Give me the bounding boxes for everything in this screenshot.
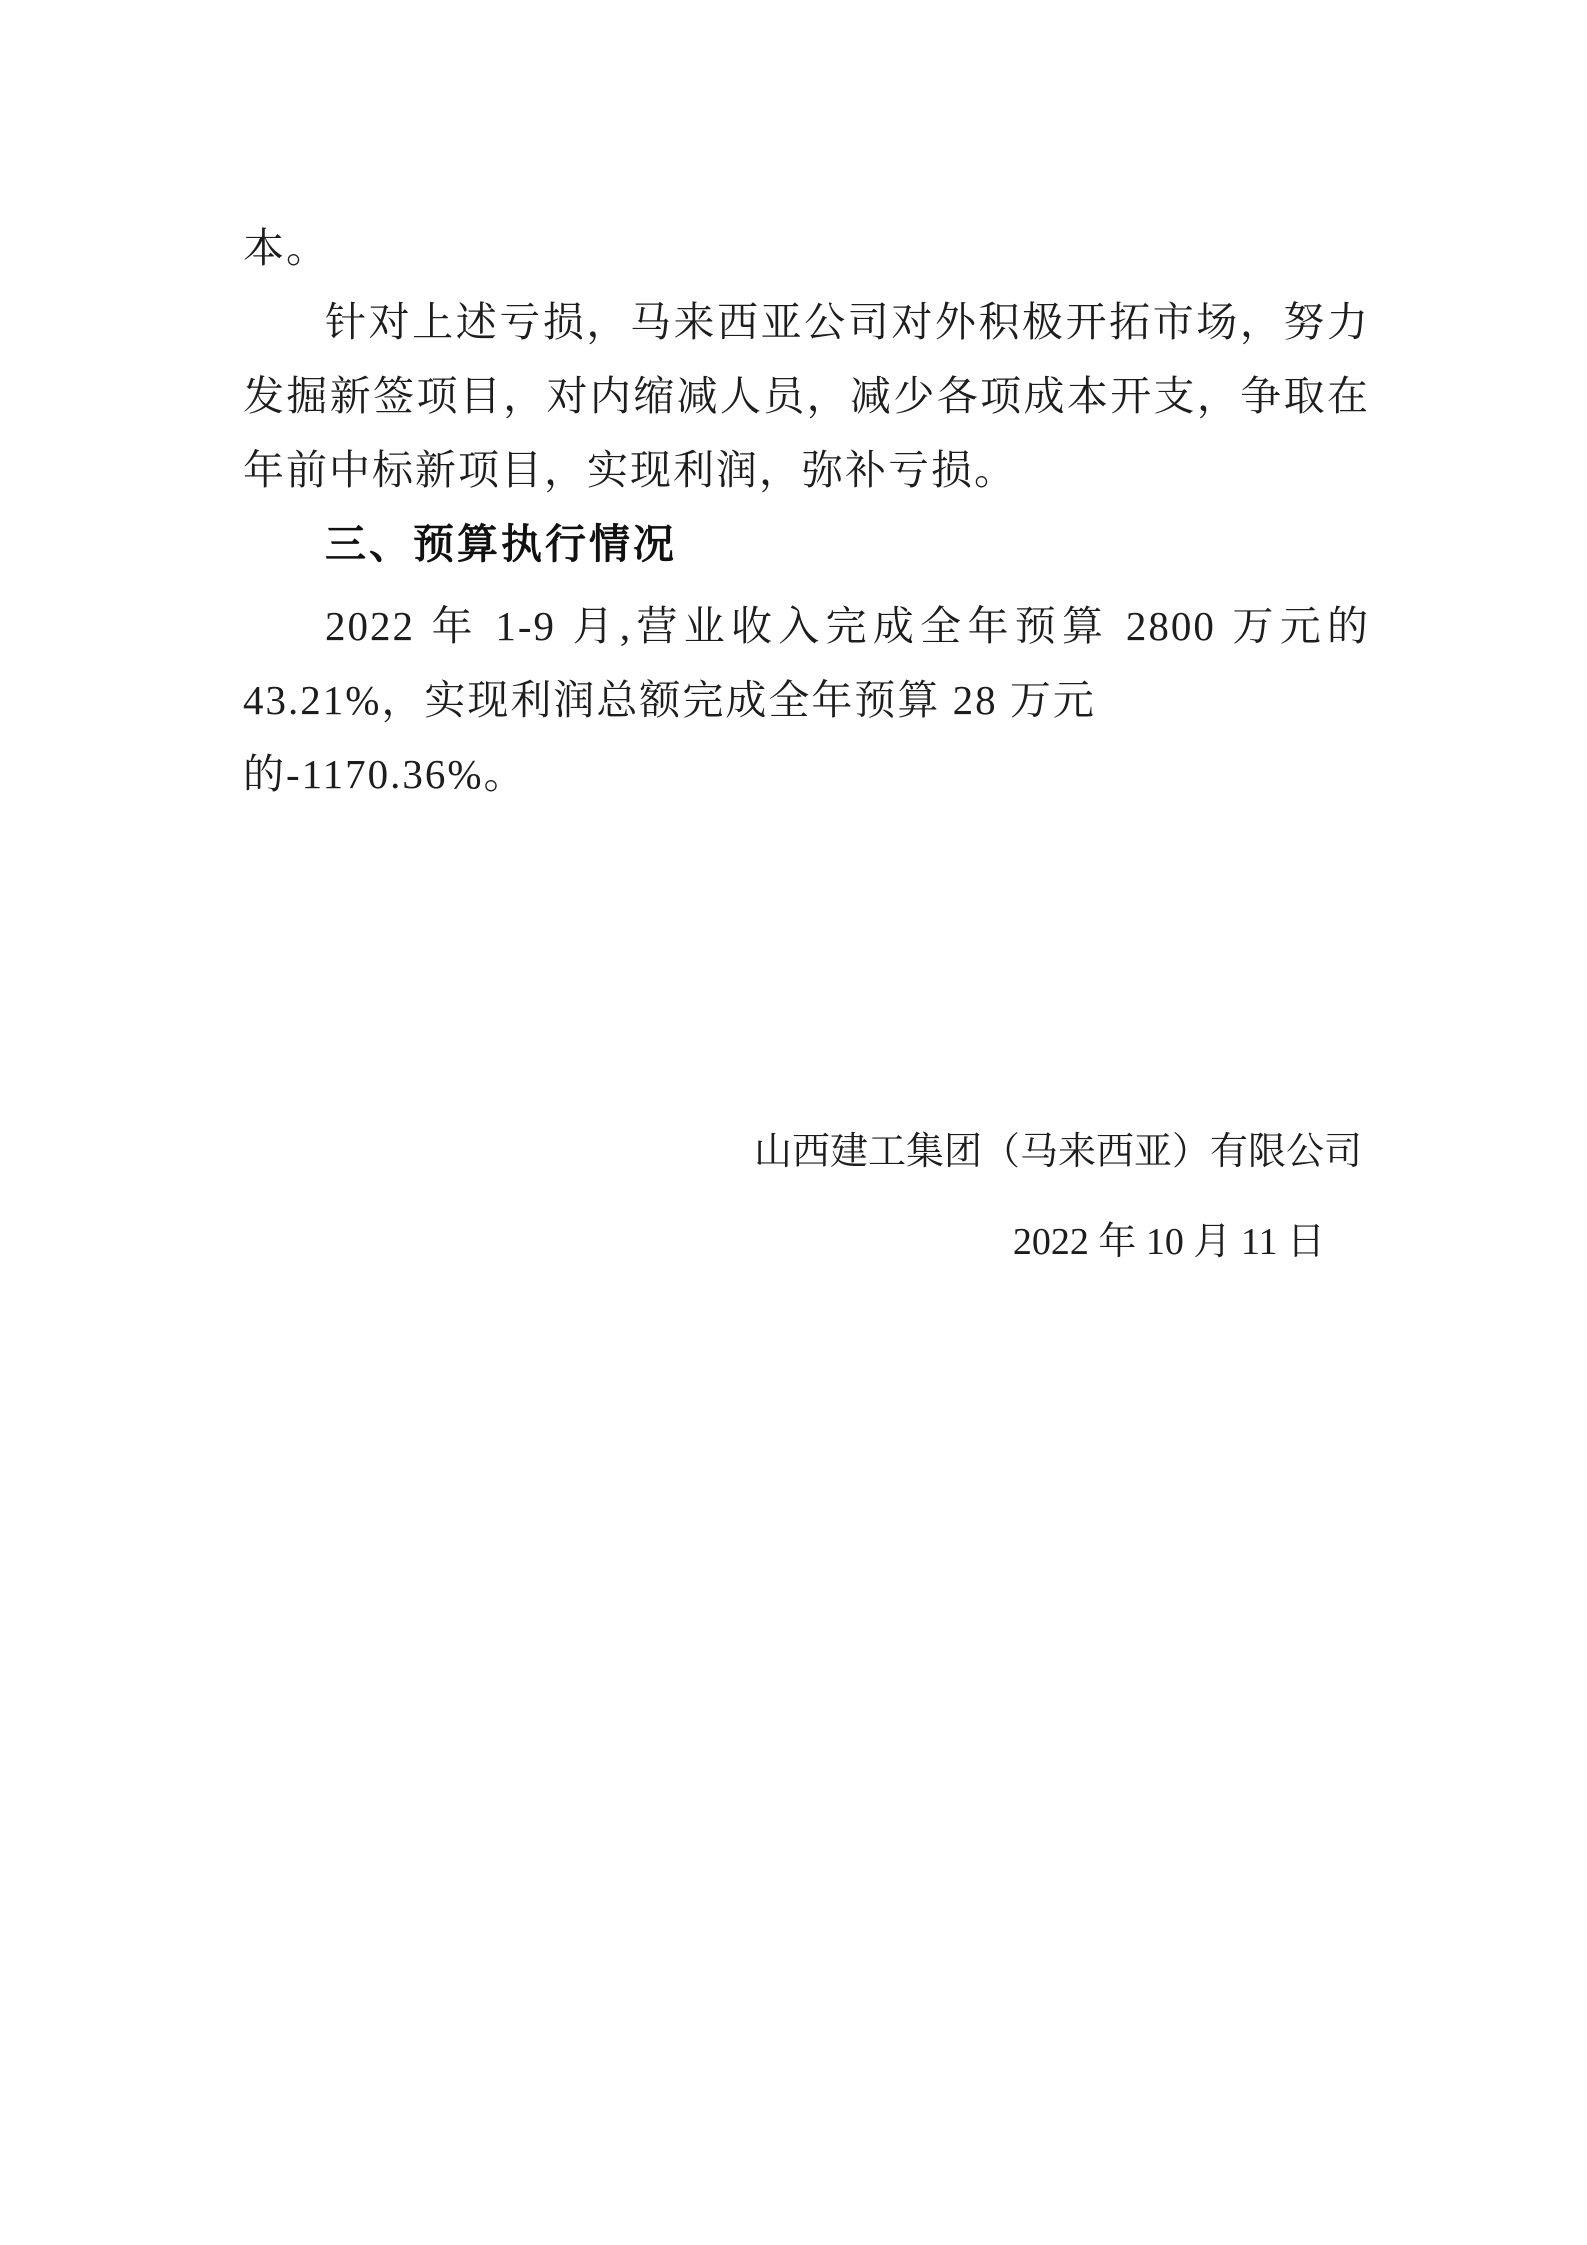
signature-date: 2022 年 10 月 11 日	[243, 1205, 1370, 1279]
paragraph-tail-line: 本。	[243, 211, 1370, 285]
paragraph-line: 43.21%，实现利润总额完成全年预算 28 万元的-1170.36%。	[243, 663, 1370, 811]
paragraph-line: 年前中标新项目，实现利润，弥补亏损。	[243, 433, 1370, 507]
document-page: 本。 针对上述亏损，马来西亚公司对外积极开拓市场，努力 发掘新签项目，对内缩减人…	[0, 0, 1587, 2245]
paragraph-line: 针对上述亏损，马来西亚公司对外积极开拓市场，努力	[243, 285, 1370, 359]
section-heading: 三、预算执行情况	[243, 507, 1370, 581]
signature-company: 山西建工集团（马来西亚）有限公司	[243, 1115, 1370, 1189]
vertical-spacer	[243, 811, 1370, 1115]
paragraph-line: 2022 年 1-9 月,营业收入完成全年预算 2800 万元的	[243, 589, 1370, 663]
paragraph-line: 发掘新签项目，对内缩减人员，减少各项成本开支，争取在	[243, 359, 1370, 433]
document-content: 本。 针对上述亏损，马来西亚公司对外积极开拓市场，努力 发掘新签项目，对内缩减人…	[0, 0, 1587, 1279]
